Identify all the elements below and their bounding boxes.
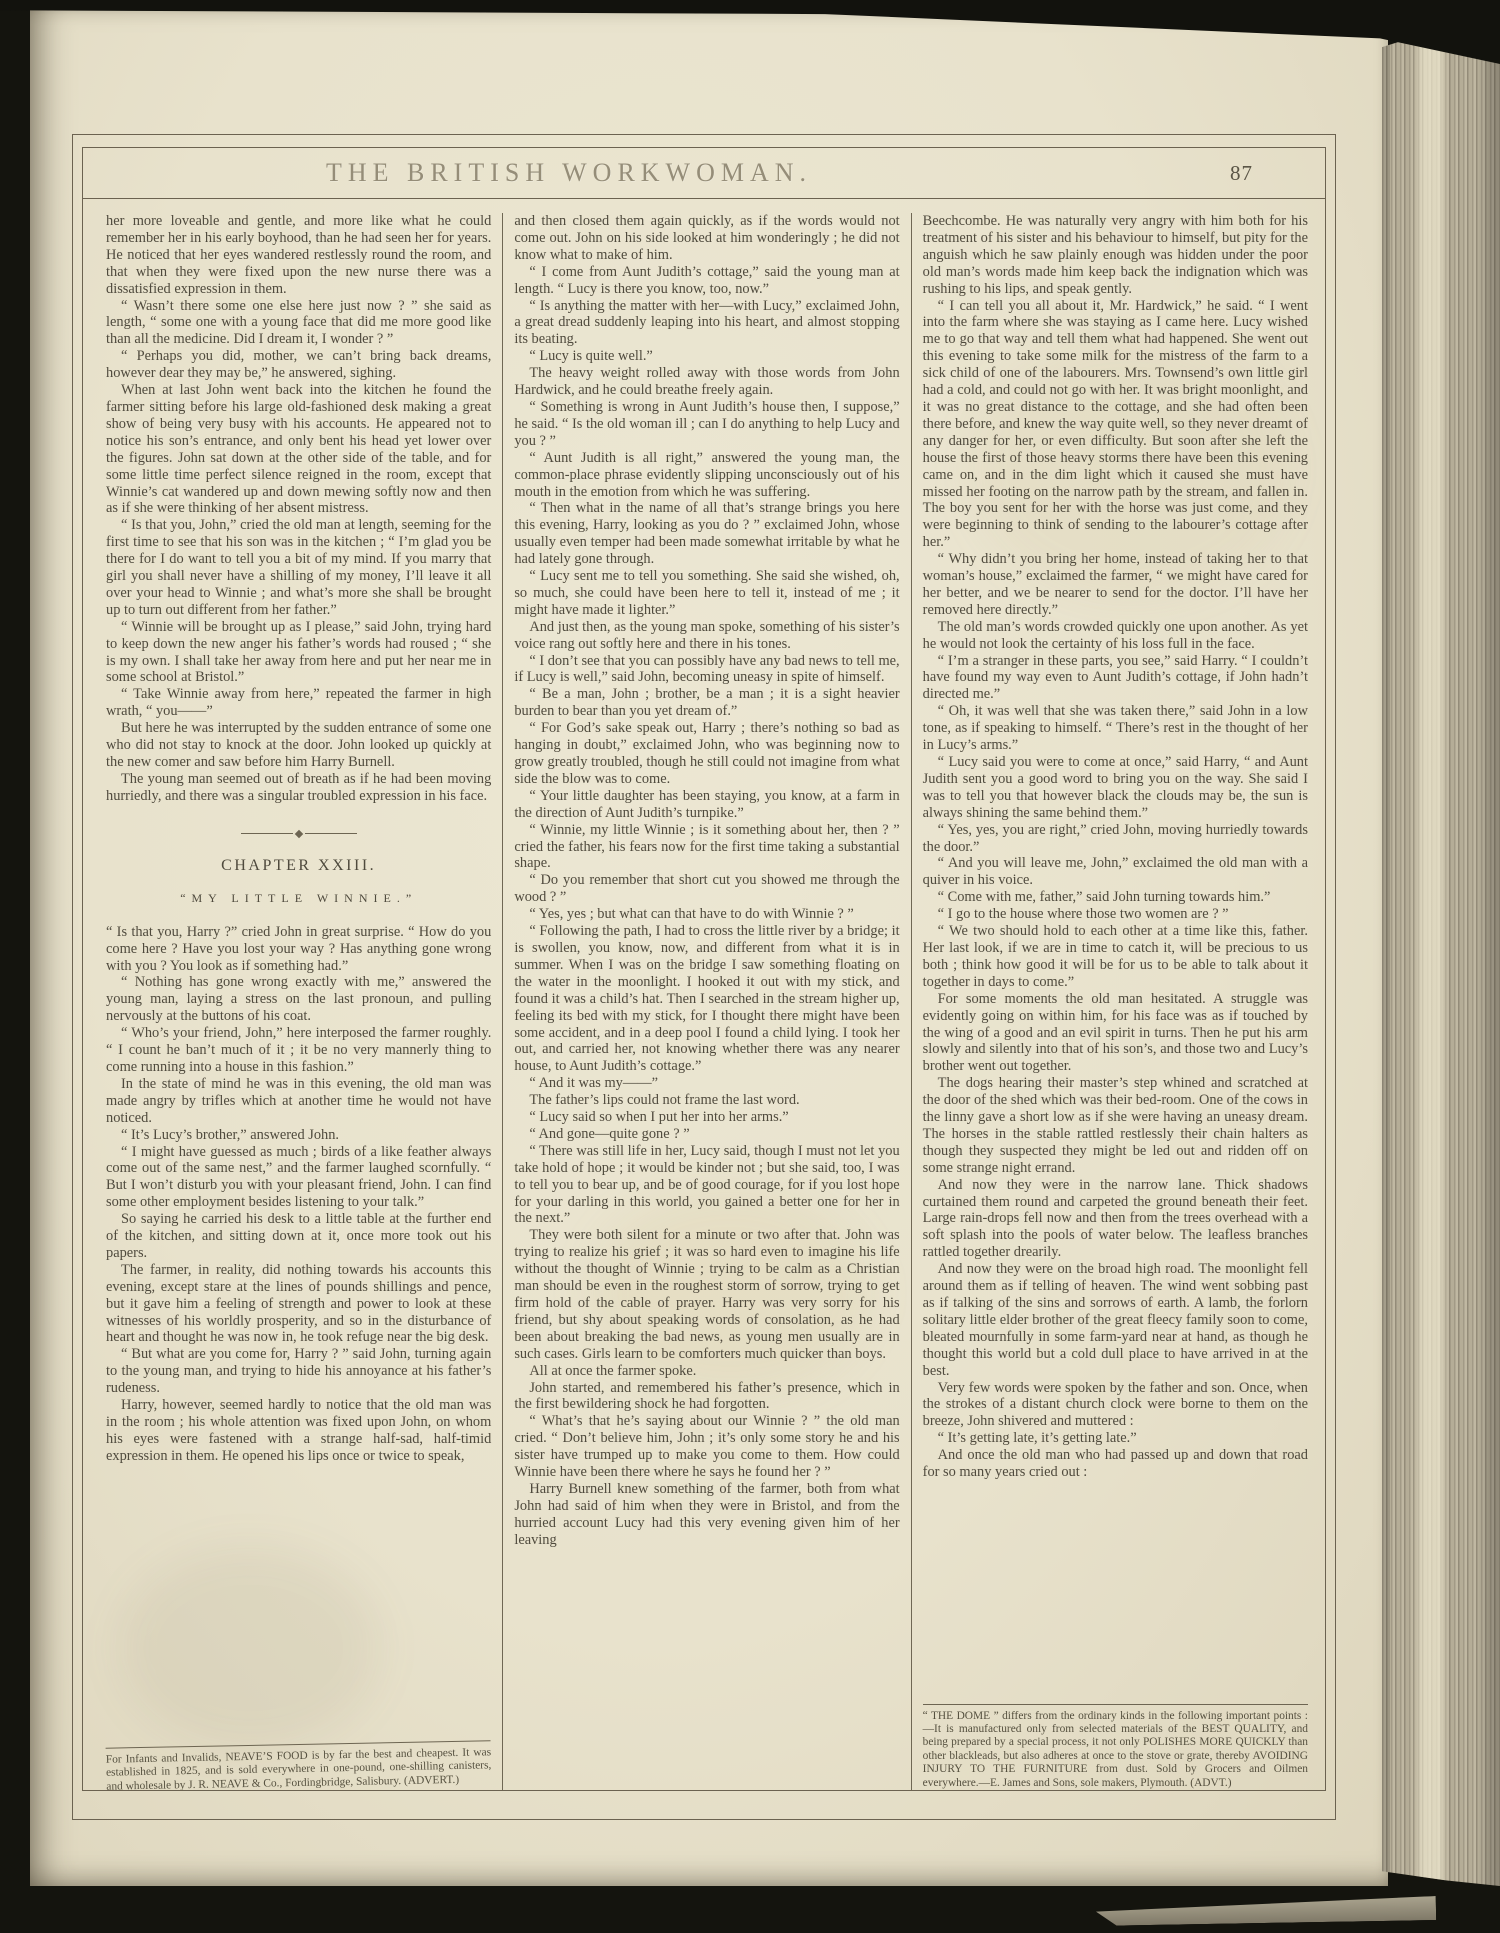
paragraph: So saying he carried his desk to a littl… bbox=[106, 1211, 491, 1262]
paragraph: “ And you will leave me, John,” exclaime… bbox=[923, 855, 1308, 889]
paragraph: The heavy weight rolled away with those … bbox=[514, 365, 899, 399]
paragraph: “ Your little daughter has been staying,… bbox=[514, 788, 899, 822]
paragraph: And now they were on the broad high road… bbox=[923, 1261, 1308, 1379]
paragraph: “ Nothing has gone wrong exactly with me… bbox=[106, 974, 491, 1025]
chapter-subheading: “MY LITTLE WINNIE.” bbox=[106, 891, 491, 906]
masthead: THE BRITISH WORKWOMAN. 87 bbox=[83, 148, 1325, 199]
divider-line bbox=[305, 833, 357, 834]
paragraph: her more loveable and gentle, and more l… bbox=[106, 213, 491, 298]
paragraph: And once the old man who had passed up a… bbox=[923, 1447, 1308, 1481]
book-page-edges bbox=[1382, 36, 1500, 1886]
book-bottom-page-edges bbox=[1096, 1896, 1436, 1926]
advert-footnote: “ THE DOME ” differs from the ordinary k… bbox=[923, 1704, 1308, 1790]
paragraph: They were both silent for a minute or tw… bbox=[514, 1227, 899, 1362]
paragraph: “ Something is wrong in Aunt Judith’s ho… bbox=[514, 399, 899, 450]
paragraph: “ I’m a stranger in these parts, you see… bbox=[923, 653, 1308, 704]
paragraph: “ Aunt Judith is all right,” answered th… bbox=[514, 450, 899, 501]
text-column-2: and then closed them again quickly, as i… bbox=[503, 213, 911, 1790]
section-divider-ornament bbox=[106, 831, 491, 837]
scanned-book-photo: THE BRITISH WORKWOMAN. 87 her more lovea… bbox=[0, 0, 1500, 1933]
paragraph: “ Lucy sent me to tell you something. Sh… bbox=[514, 568, 899, 619]
paragraph: “ Who’s your friend, John,” here interpo… bbox=[106, 1025, 491, 1076]
publication-title: THE BRITISH WORKWOMAN. bbox=[0, 158, 1190, 188]
paragraph: “ Then what in the name of all that’s st… bbox=[514, 500, 899, 568]
paragraph: “ Come with me, father,” said John turni… bbox=[923, 889, 1308, 906]
paragraph: “ We two should hold to each other at a … bbox=[923, 923, 1308, 991]
paragraph: “ And it was my——” bbox=[514, 1075, 899, 1092]
paragraph: “ Be a man, John ; brother, be a man ; i… bbox=[514, 686, 899, 720]
paragraph: “ Yes, yes ; but what can that have to d… bbox=[514, 906, 899, 923]
paragraph: “ I don’t see that you can possibly have… bbox=[514, 653, 899, 687]
paragraph: Harry Burnell knew something of the farm… bbox=[514, 1481, 899, 1549]
page-number: 87 bbox=[1230, 161, 1253, 186]
paragraph: Harry, however, seemed hardly to notice … bbox=[106, 1397, 491, 1465]
advert-footnote: For Infants and Invalids, NEAVE’S FOOD i… bbox=[106, 1740, 492, 1790]
paragraph: John started, and remembered his father’… bbox=[514, 1380, 899, 1414]
paragraph: When at last John went back into the kit… bbox=[106, 382, 491, 517]
text-column-3: Beechcombe. He was naturally very angry … bbox=[912, 213, 1319, 1790]
paragraph: “ I go to the house where those two wome… bbox=[923, 906, 1308, 923]
paragraph: “ But what are you come for, Harry ? ” s… bbox=[106, 1346, 491, 1397]
paragraph: “ I can tell you all about it, Mr. Hardw… bbox=[923, 298, 1308, 552]
paragraph: “ It’s Lucy’s brother,” answered John. bbox=[106, 1127, 491, 1144]
paragraph: The father’s lips could not frame the la… bbox=[514, 1092, 899, 1109]
divider-line bbox=[241, 833, 293, 834]
paragraph: “ Is that you, Harry ?” cried John in gr… bbox=[106, 924, 491, 975]
paragraph: “ Lucy said you were to come at once,” s… bbox=[923, 754, 1308, 822]
page-paper: THE BRITISH WORKWOMAN. 87 her more lovea… bbox=[30, 8, 1388, 1886]
paragraph: But here he was interrupted by the sudde… bbox=[106, 720, 491, 771]
paragraph: Very few words were spoken by the father… bbox=[923, 1380, 1308, 1431]
paragraph: And now they were in the narrow lane. Th… bbox=[923, 1177, 1308, 1262]
text-columns: her more loveable and gentle, and more l… bbox=[83, 199, 1325, 1790]
paragraph: “ Why didn’t you bring her home, instead… bbox=[923, 551, 1308, 619]
paragraph: The dogs hearing their master’s step whi… bbox=[923, 1075, 1308, 1176]
paragraph: For some moments the old man hesitated. … bbox=[923, 991, 1308, 1076]
paragraph: “ Following the path, I had to cross the… bbox=[514, 923, 899, 1075]
paragraph: And just then, as the young man spoke, s… bbox=[514, 619, 899, 653]
paragraph: “ Perhaps you did, mother, we can’t brin… bbox=[106, 348, 491, 382]
page-border-outer: THE BRITISH WORKWOMAN. 87 her more lovea… bbox=[72, 134, 1336, 1820]
paragraph: “ Oh, it was well that she was taken the… bbox=[923, 703, 1308, 754]
paragraph: “ Winnie will be brought up as I please,… bbox=[106, 619, 491, 687]
paragraph: “ I come from Aunt Judith’s cottage,” sa… bbox=[514, 264, 899, 298]
text-column-1: her more loveable and gentle, and more l… bbox=[95, 213, 503, 1790]
paragraph: “ What’s that he’s saying about our Winn… bbox=[514, 1413, 899, 1481]
chapter-heading: CHAPTER XXIII. bbox=[106, 857, 491, 875]
paragraph: “ And gone—quite gone ? ” bbox=[514, 1126, 899, 1143]
paragraph: All at once the farmer spoke. bbox=[514, 1363, 899, 1380]
paragraph: “ Wasn’t there some one else here just n… bbox=[106, 298, 491, 349]
paragraph: “ There was still life in her, Lucy said… bbox=[514, 1143, 899, 1228]
paragraph: “ Take Winnie away from here,” repeated … bbox=[106, 686, 491, 720]
paragraph: The young man seemed out of breath as if… bbox=[106, 771, 491, 805]
paragraph: “ Is anything the matter with her—with L… bbox=[514, 298, 899, 349]
paragraph: and then closed them again quickly, as i… bbox=[514, 213, 899, 264]
paragraph: The farmer, in reality, did nothing towa… bbox=[106, 1262, 491, 1347]
paragraph: “ Lucy said so when I put her into her a… bbox=[514, 1109, 899, 1126]
paragraph: “ Do you remember that short cut you sho… bbox=[514, 872, 899, 906]
paragraph: “ I might have guessed as much ; birds o… bbox=[106, 1144, 491, 1212]
paragraph: “ Is that you, John,” cried the old man … bbox=[106, 517, 491, 618]
paragraph: In the state of mind he was in this even… bbox=[106, 1076, 491, 1127]
divider-diamond bbox=[294, 829, 302, 837]
paragraph: Beechcombe. He was naturally very angry … bbox=[923, 213, 1308, 298]
page-border-inner: THE BRITISH WORKWOMAN. 87 her more lovea… bbox=[82, 147, 1326, 1791]
paragraph: “ Winnie, my little Winnie ; is it somet… bbox=[514, 822, 899, 873]
paragraph: The old man’s words crowded quickly one … bbox=[923, 619, 1308, 653]
paragraph: “ For God’s sake speak out, Harry ; ther… bbox=[514, 720, 899, 788]
paragraph: “ Yes, yes, you are right,” cried John, … bbox=[923, 822, 1308, 856]
paragraph: “ It’s getting late, it’s getting late.” bbox=[923, 1430, 1308, 1447]
paragraph: “ Lucy is quite well.” bbox=[514, 348, 899, 365]
